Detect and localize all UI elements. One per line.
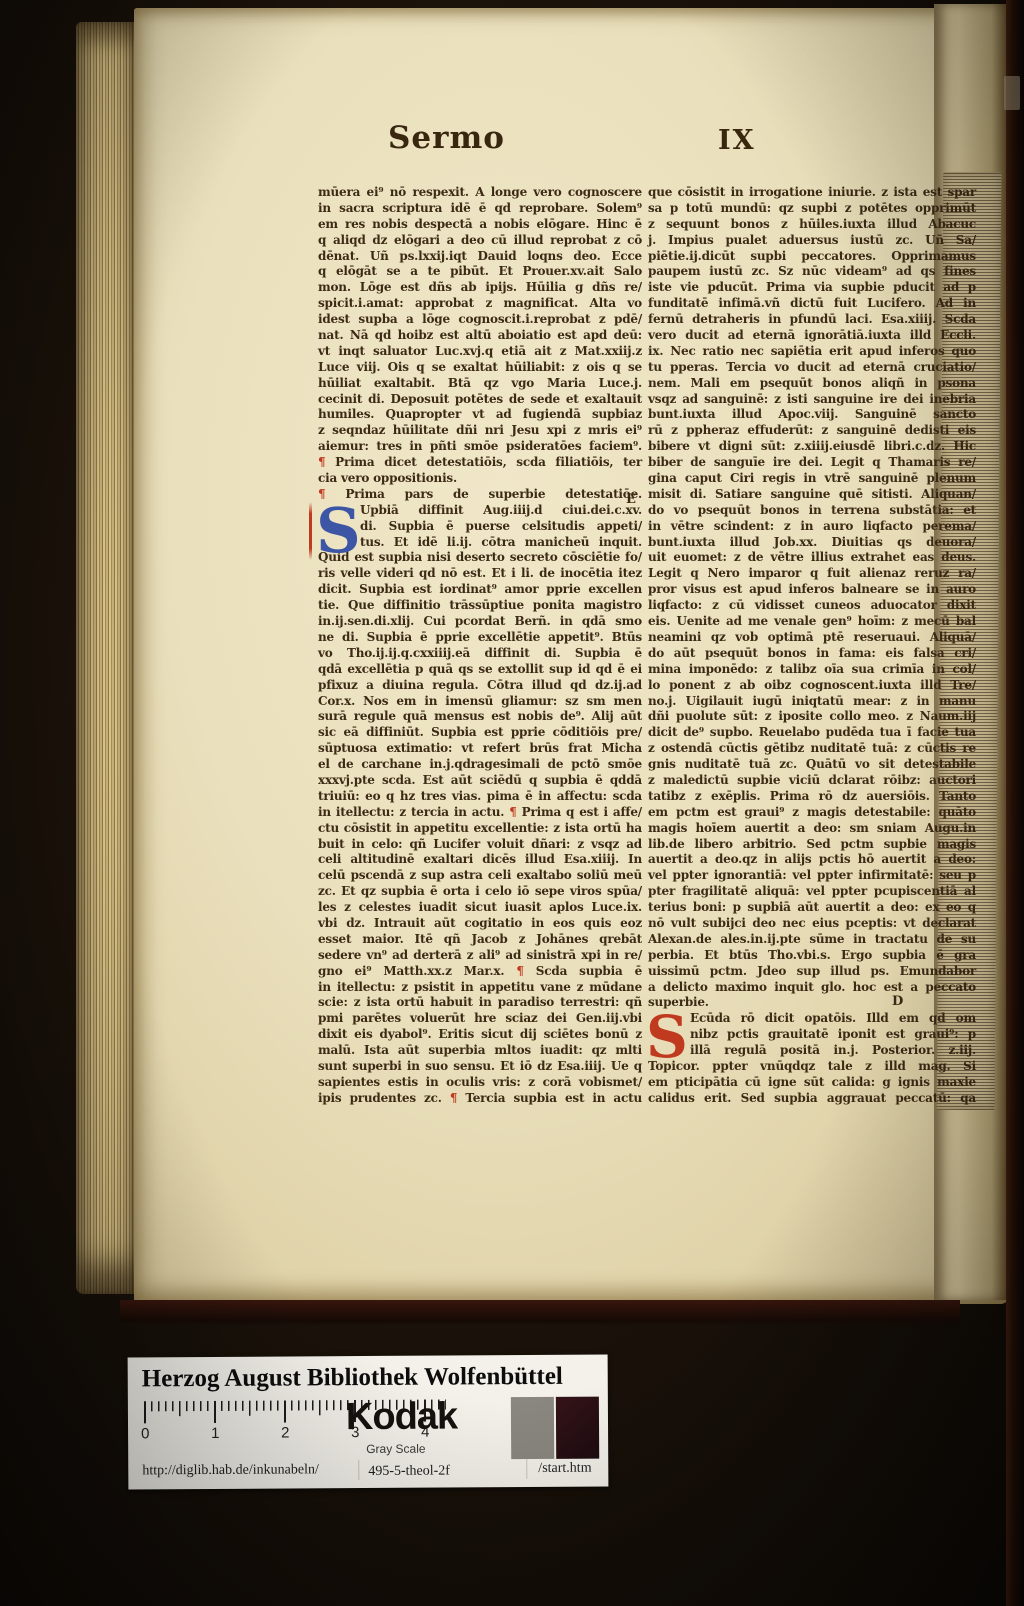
text-line: ¶ Prima pars de superbie detestatiōe. [318, 487, 642, 503]
dropcap-initial-red: S [646, 1008, 688, 1066]
text-line: lib.de libero arbitrio. Sed pctm supbie … [648, 837, 976, 853]
ruler-number: 0 [141, 1425, 149, 1442]
guide-letter-right: D [892, 994, 903, 1009]
text-line: nem. Mali em psequūt bonos aliqñ in pson… [648, 376, 976, 392]
text-line: cecinit di. Deposuit potētes de sede et … [318, 392, 642, 408]
text-line: Quid est supbia nisi deserto secreto cōs… [318, 550, 642, 566]
text-line: z ostendā cūctis gētibz nuditatē tuā: z … [648, 741, 976, 757]
ruler-number: 1 [211, 1425, 219, 1442]
rubric-pilcrow: ¶ [318, 455, 325, 469]
text-line: do aūt psequūt bonos in fama: eis falsa … [648, 646, 976, 662]
text-line: neamini qz vob optimā ptē reseruaui. Ali… [648, 630, 976, 646]
text-line: Ecūda rō dicit opatōis. Illd em qd om [648, 1011, 976, 1027]
text-line: pfixuz a diuina regula. Cōtra illud qd d… [318, 678, 642, 694]
text-line: bunt.iuxta illud Apoc.viij. Sanguinē san… [648, 407, 976, 423]
text-line: gina caput Ciri regis in vtrē sanguinē p… [648, 471, 976, 487]
text-line: dicit. Supbia est iordinat⁹ amor pprie e… [318, 582, 642, 598]
text-line: Cor.x. Nos em in imensū gliamur: sz sm m… [318, 694, 642, 710]
text-line: aiemur: tres in pñti smōe psideratōes fa… [318, 439, 642, 455]
text-line: les z celestes iuadit sicut iuasit aplos… [318, 900, 642, 916]
text-line: misit di. Satiare sanguine quē sitisti. … [648, 487, 976, 503]
text-line: funditatē infimā.vñ dictū fuit Lucifero.… [648, 296, 976, 312]
text-line: uit euomet: z de vētre illius extrahet e… [648, 550, 976, 566]
text-line: ne di. Supbia ē pprie excellētie appetit… [318, 630, 642, 646]
text-line: mūera ei⁹ nō respexit. A longe vero cogn… [318, 185, 642, 201]
text-line: cia vero oppositionis. [318, 471, 642, 487]
text-line: pmi parētes voluerūt hre sciaz dei Gen.i… [318, 1011, 642, 1027]
text-line: superbie. [648, 995, 976, 1011]
text-line: zc. Et qz supbia ē orta i celo iō sepe v… [318, 884, 642, 900]
text-line: di. Supbia ē puerse celsitudis appeti/ [318, 519, 642, 535]
text-line: paupem iustū zc. Sz nūc videam⁹ ad qs fi… [648, 264, 976, 280]
text-line: illā regulā positā in.j. Posterior. z.ii… [648, 1043, 976, 1059]
rubric-pilcrow: ¶ [450, 1091, 457, 1105]
library-name: Herzog August Bibliothek Wolfenbüttel [142, 1363, 598, 1394]
text-column-right: que cōsistit in irrogatione iniurie. z i… [648, 185, 976, 1107]
text-line: q elōgāt se a te pibūt. Et Prouer.xv.ait… [318, 264, 642, 280]
text-line: eis. Uenite ad me venale gen⁹ hoīm: z me… [648, 614, 976, 630]
photograph-background: Sermo IX mūera ei⁹ nō respexit. A longe … [0, 0, 1024, 1606]
text-line: ¶ Prima dicet detestatiōis, scda filiati… [318, 455, 642, 471]
text-line: Topicor. ppter vnūqdqz tale z illd mag. … [648, 1059, 976, 1075]
text-line: em res nobis despectā a nobis elōgare. H… [318, 217, 642, 233]
text-line: bunt.iuxta illud Job.xx. Diuitias qs deu… [648, 535, 976, 551]
dropcap-initial-blue: S [316, 500, 361, 562]
text-line: Alexan.de ales.in.ij.pte sūme in tractat… [648, 932, 976, 948]
text-line: dñi puolute sūt: z iposite collo meo. z … [648, 709, 976, 725]
text-column-left: mūera ei⁹ nō respexit. A longe vero cogn… [318, 185, 642, 1107]
text-line: em pctm est graui⁹ z magis detestabile: … [648, 805, 976, 821]
text-line: scie: z ista ortū habuit in paradiso ter… [318, 995, 642, 1011]
text-line: liqfacto: z cū vidisset cuneos aduocator… [648, 598, 976, 614]
url-row: http://diglib.hab.de/inkunabeln/ 495-5-t… [128, 1457, 608, 1486]
text-line: sedere vn⁹ ad derterā z ali⁹ ad sinistrā… [318, 948, 642, 964]
folio-number: IX [718, 125, 756, 156]
text-line: esset maior. Itē qñ Jacob z Johānes qreb… [318, 932, 642, 948]
guide-letter-left: E [626, 492, 636, 507]
text-line: ctu cōsistit in appetitu excellentie: z … [318, 821, 642, 837]
text-line: do vo psequūt bonos in terrena substātia… [648, 503, 976, 519]
text-line: vbi dz. Intrauit aūt cogitatio in eos qu… [318, 916, 642, 932]
gray-scale-label: Gray Scale [366, 1442, 425, 1456]
text-line: piētie.ij.dicūt supbi peccatores. Opprim… [648, 249, 976, 265]
text-line: vo Tho.ij.ij.q.cxxiiij.eā diffinit di. S… [318, 646, 642, 662]
text-line: dixit eis dyabol⁹. Eritis sicut dij sciē… [318, 1027, 642, 1043]
text-line: gnis nuditatē tuā zc. Quātū vo sit detes… [648, 757, 976, 773]
text-line: sic eā diffiniūt. Supbia est pprie cōdit… [318, 725, 642, 741]
text-line: nō vult subijci deo nec eius pceptis: vt… [648, 916, 976, 932]
text-line: biber de sanguīe ire dei. Legit q Thamar… [648, 455, 976, 471]
text-line: que cōsistit in irrogatione iniurie. z i… [648, 185, 976, 201]
text-line: in sacra scriptura idē ē qd reprobare. S… [318, 201, 642, 217]
text-line: lo ponent z ab oibz cognoscent.iuxta ill… [648, 678, 976, 694]
text-line: mina imponēdo: z talibz oīa sua crimīa i… [648, 662, 976, 678]
text-line: calidus erit. Sed supbia aggrauat peccat… [648, 1091, 976, 1107]
text-line: j. Impius pualet aduersus iustū zc. Uñ S… [648, 233, 976, 249]
text-line: Legit q Nero imparor q fuit alienaz reru… [648, 566, 976, 582]
text-line: vsqz ad sanguinē: z isti sanguine ire de… [648, 392, 976, 408]
gray-patch [511, 1397, 554, 1459]
text-line: vero ducit ad eternā ignorātiā.iuxta ill… [648, 328, 976, 344]
cover-shadow [120, 1300, 960, 1326]
text-line: hūiliat exaltabit. Btā qz vgo Maria Luce… [318, 376, 642, 392]
text-line: celi altitudinē exaltari dicēs illud Esa… [318, 852, 642, 868]
document-id: 495-5-theol-2f [368, 1464, 450, 1480]
book-board-edge [1006, 0, 1024, 1606]
text-line: in vētre scindent: z in auro liqfacto pe… [648, 519, 976, 535]
text-line: xxxvj.pte scda. Est aūt sciēdū q supbia … [318, 773, 642, 789]
text-line: fernū detraheris in pfundū laci. Esa.xii… [648, 312, 976, 328]
text-line: pter fragilitatē aliquā: vel ppter pcupi… [648, 884, 976, 900]
text-line: spicit.i.amat: approbat z magnificat. Al… [318, 296, 642, 312]
text-line: rū z ppheraz effuderūt: z sanguinē dedis… [648, 423, 976, 439]
text-line: dēnat. Uñ ps.lxxij.iqt Dauid loqns deo. … [318, 249, 642, 265]
text-line: triuiū: eo q hz tres vias. pima ē in aff… [318, 789, 642, 805]
text-line: in.ij.sen.di.xlij. Cui pcordat Berñ. in … [318, 614, 642, 630]
text-line: auertit a deo.qz in alijs pctis hō auert… [648, 852, 976, 868]
text-line: perbia. Et btūs Tho.vbi.s. Ergo supbia ē… [648, 948, 976, 964]
text-line: bibere vt digni sūt: z.xiiij.eiusdē libr… [648, 439, 976, 455]
text-line: celū pscendā z sup astra celi exaltabo s… [318, 868, 642, 884]
text-line: el de carchane in.j.qdragesimali de pctō… [318, 757, 642, 773]
text-line: humiles. Quapropter vt ad fugiendā supbi… [318, 407, 642, 423]
base-url: http://diglib.hab.de/inkunabeln/ [142, 1462, 319, 1479]
text-line: z sequunt bonos z hūiles.iuxta illud Aba… [648, 217, 976, 233]
text-line: sa p totū mundū: qz supbi z potētes oppr… [648, 201, 976, 217]
text-line: tie. Que diffinitio trāssūptiue ponita m… [318, 598, 642, 614]
text-line: nat. Nā qd hoibz est altū aboiatio est a… [318, 328, 642, 344]
text-line: z maledictū supbie viciū dclarat rōibz: … [648, 773, 976, 789]
black-patch [556, 1397, 599, 1459]
rubric-pilcrow: ¶ [509, 805, 516, 819]
text-line: qdā excellētia p quā qs se extollit sup … [318, 662, 642, 678]
ruler-number: 2 [281, 1424, 289, 1441]
text-line: no.j. Uigilauit iugū iniqtatū mear: z in… [648, 694, 976, 710]
text-line: vt inqt saluator Luc.xvj.q etiā ait z Ma… [318, 344, 642, 360]
start-page-path: /start.htm [538, 1461, 591, 1477]
page-edges-stack [76, 22, 140, 1294]
text-line: buit in celo: qñ Lucifer voluit dñari: z… [318, 837, 642, 853]
text-line: Luce viij. Ois q se exaltat hūiliabit: z… [318, 360, 642, 376]
library-label: Herzog August Bibliothek Wolfenbüttel 01… [128, 1355, 609, 1490]
text-line: Upbiā diffinit Aug.iiij.d ciui.dei.c.xv. [318, 503, 642, 519]
text-line: tus. Et idē li.ij. cōtra manicheū inquit… [318, 535, 642, 551]
kodak-wordmark: Kodak [346, 1395, 457, 1439]
text-line: ris velle videri qd nō est. Et i li. de … [318, 566, 642, 582]
text-line: sūptuosa extimatio: vt refert brūs frat … [318, 741, 642, 757]
text-line: pror visus est apud inferos balneare se … [648, 582, 976, 598]
text-line: in itellectu: z tercia in actu. ¶ Prima … [318, 805, 642, 821]
text-line: sapientes estis in oculis vris: z corā v… [318, 1075, 642, 1091]
text-line: terius boni: p supbiā aūt auertit a deo:… [648, 900, 976, 916]
text-line: nibz pctis grauitatē iponit est graui⁹: … [648, 1027, 976, 1043]
text-line: iste vie pducūt. Prima via supbie pducit… [648, 280, 976, 296]
text-line: vel ppter ignorantiā: vel ppter infirmit… [648, 868, 976, 884]
text-line: uissimū pctm. Jdeo sup illud ps. Emundab… [648, 964, 976, 980]
text-line: z seqndaz hūilitate dñi nri Jesu xpi z m… [318, 423, 642, 439]
text-line: magis hoīem auertit a deo: sm sniam Augu… [648, 821, 976, 837]
text-line: idest supba a lōge cognoscit.i.reprobat … [318, 312, 642, 328]
text-line: gno ei⁹ Matth.xx.z Mar.x. ¶ Scda supbia … [318, 964, 642, 980]
text-line: surā regule quā mensus est nobis de⁹. Al… [318, 709, 642, 725]
text-line: q aliqd dz elōgari a deo cū illud reprob… [318, 233, 642, 249]
text-line: tatibz z exēplis. Prima rō dz auersiōis.… [648, 789, 976, 805]
text-line: dicit de⁹ supbo. Reuelabo pudēda tua ī f… [648, 725, 976, 741]
text-line: em pticipātia cū igne sūt calida: g igni… [648, 1075, 976, 1091]
divider [526, 1459, 527, 1479]
text-line: mon. Lōge est dñs ab ipijs. Hūilia g dñs… [318, 280, 642, 296]
text-line: malū. Ista aūt superbia mltos iuadit: qz… [318, 1043, 642, 1059]
rubric-pilcrow: ¶ [516, 964, 523, 978]
divider [358, 1460, 359, 1480]
text-line: tu pperas. Tercia vo ducit ad eternā cru… [648, 360, 976, 376]
text-line: ipis prudentes zc. ¶ Tercia supbia est i… [318, 1091, 642, 1107]
text-line: sunt superbi in suo sensu. Et iō dz Esa.… [318, 1059, 642, 1075]
running-title: Sermo [388, 120, 505, 156]
text-line: in itellectu: z psistit in appetitu vane… [318, 980, 642, 996]
text-line: ix. Nec ratio nec sapiētia erit apud inf… [648, 344, 976, 360]
text-line: a delicto maximo inquit glo. hoc est a p… [648, 980, 976, 996]
shelfmark-scrap [1004, 76, 1020, 110]
